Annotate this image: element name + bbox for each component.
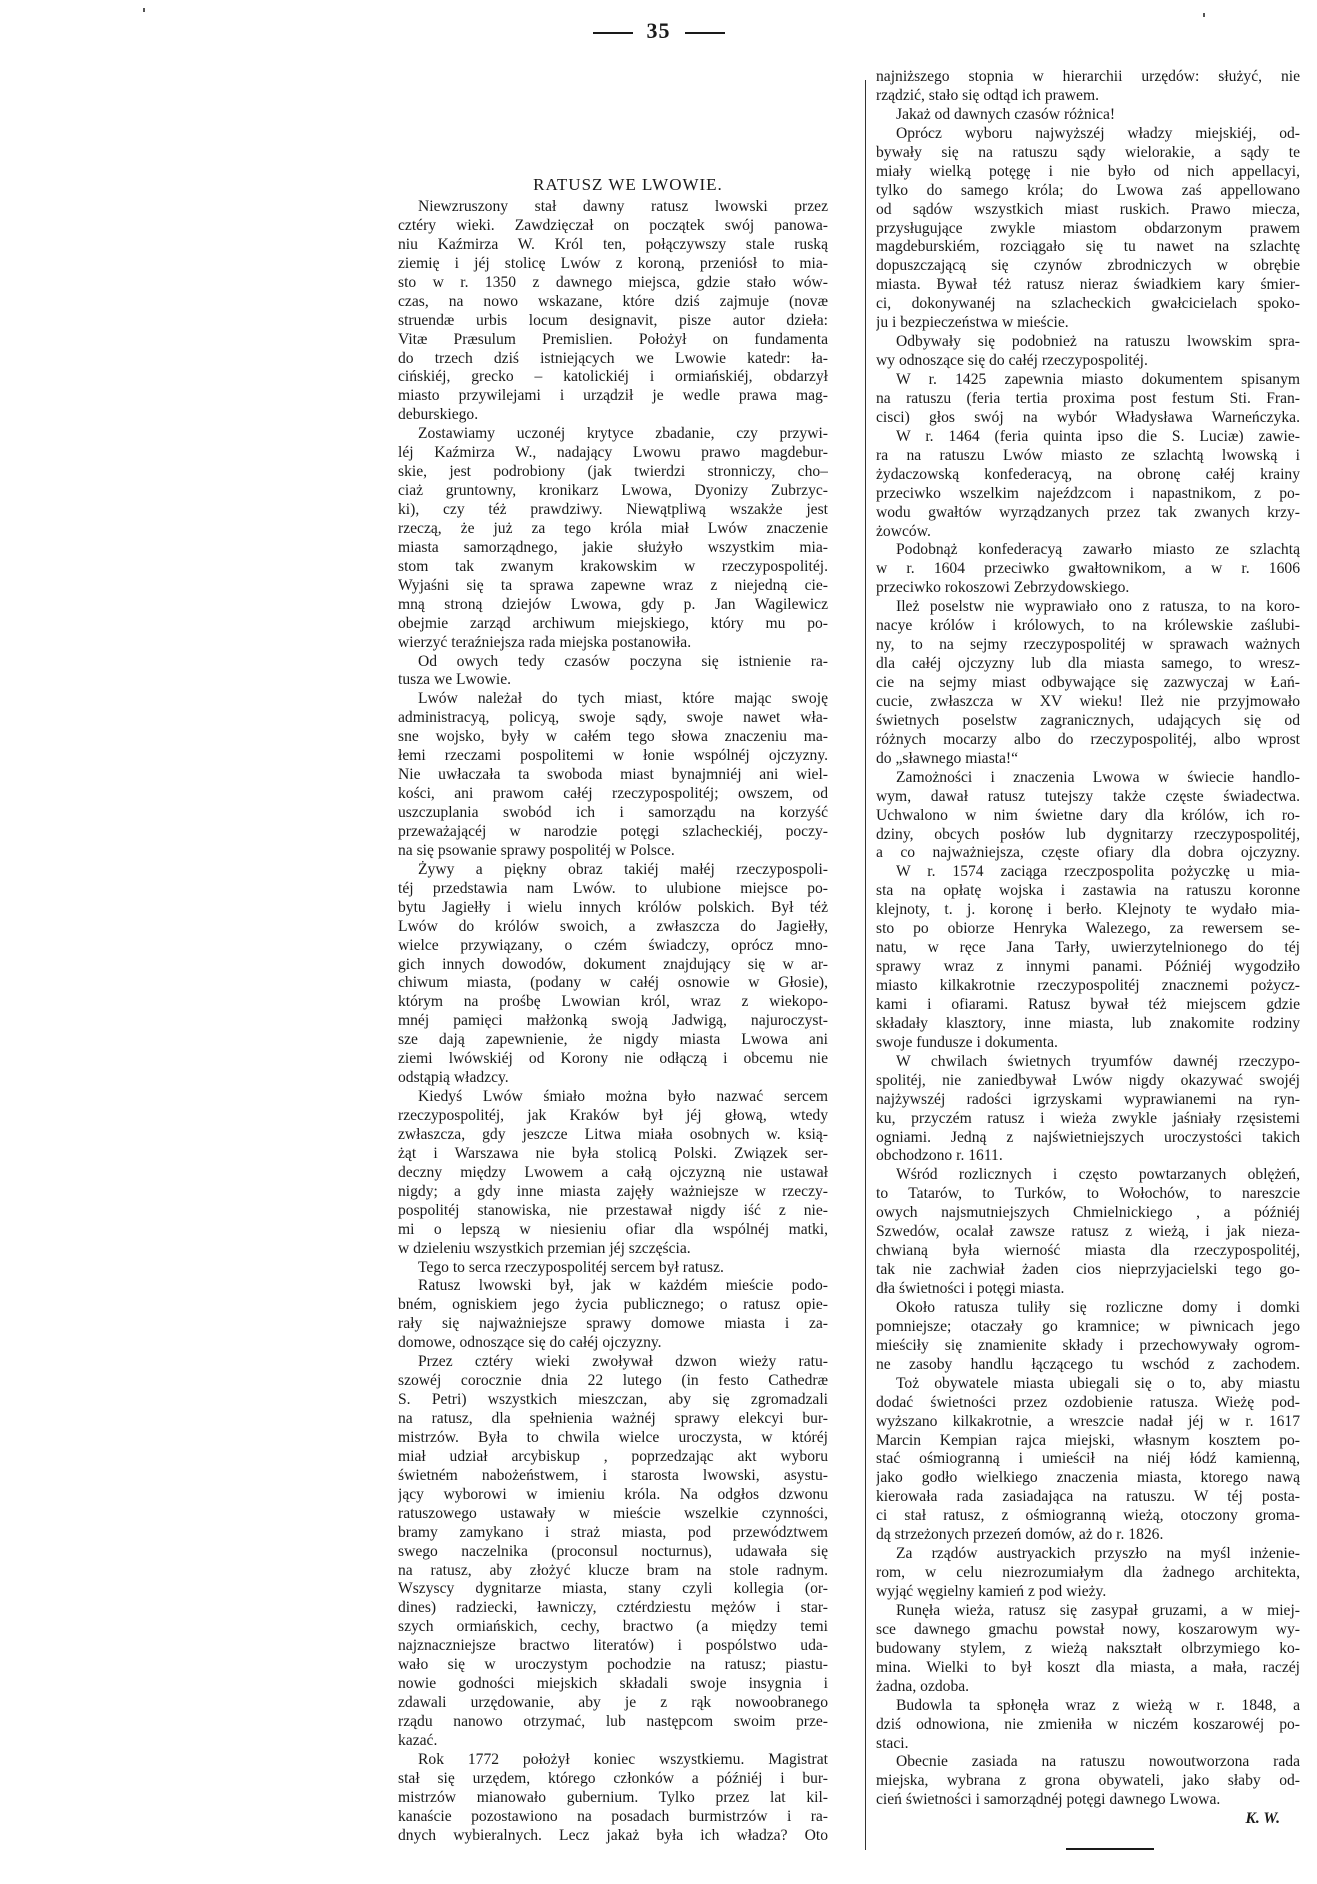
text-line: na ratuszu (feria tertia proxima post fe… xyxy=(876,390,1300,409)
text-line: żadna, ozdoba. xyxy=(876,1678,1300,1697)
text-line: rom, w celu niezrozumiałym dla żadnego a… xyxy=(876,1564,1300,1583)
text-line: na się psowanie sprawy pospolitéj w Pols… xyxy=(398,842,828,861)
text-line: dła świetności i potęgi miasta. xyxy=(876,1280,1300,1299)
text-line: świetném nabożeństwem, i starosta lwowsk… xyxy=(398,1467,828,1486)
text-line: Żywy a piękny obraz takiéj małéj rzeczyp… xyxy=(398,861,828,880)
text-line: rzeczypospolitéj, jak Kraków był jéj gło… xyxy=(398,1107,828,1126)
text-line: ki), czy téż prawdziwy. Niewątpliwą wsza… xyxy=(398,501,828,520)
text-line: przeciwko wszelkim najeźdzcom i napastni… xyxy=(876,485,1300,504)
text-line: sto w r. 1350 z dawnego miejsca, gdzie s… xyxy=(398,274,828,293)
text-line: cie na sejmy miast odbywające się zazwyc… xyxy=(876,674,1300,693)
text-line: zdawali urzędowanie, aby je z rąk nowoob… xyxy=(398,1694,828,1713)
text-line: najznaczniejsze bractwo literatów) i pos… xyxy=(398,1637,828,1656)
text-line: cisci) głos swój na wybór Władysława War… xyxy=(876,409,1300,428)
text-line: dines) radziecki, ławniczy, cztérdziestu… xyxy=(398,1599,828,1618)
text-line: wierzyć teraźniejsza rada miejska postan… xyxy=(398,634,828,653)
text-line: zwłaszcza, gdy jeszcze Litwa miała osobn… xyxy=(398,1126,828,1145)
text-line: Szwedów, ocalał zawsze ratusz z wieżą, i… xyxy=(876,1223,1300,1242)
text-line: sne wojsko, były w całém tego słowa znac… xyxy=(398,728,828,747)
text-line: bytu Jagiełły i wielu innych królów pols… xyxy=(398,899,828,918)
text-line: w r. 1604 przeciwko gwałtownikom, a w r.… xyxy=(876,560,1300,579)
text-line: swego naczelnika (proconsul nocturnus), … xyxy=(398,1543,828,1562)
text-line: tak nie zachwiał żaden cios nieprzyjacie… xyxy=(876,1261,1300,1280)
text-line: kierowała rada zasiadająca na ratuszu. W… xyxy=(876,1488,1300,1507)
article-title: RATUSZ WE LWOWIE. xyxy=(428,176,828,196)
text-line: stał się urzędem, którego członków a póź… xyxy=(398,1770,828,1789)
text-line: Obecnie zasiada na ratuszu nowoutworzona… xyxy=(876,1753,1300,1772)
text-line: do „sławnego miasta!“ xyxy=(876,750,1300,769)
text-line: dnych wybieralnych. Lecz jakaż była ich … xyxy=(398,1827,828,1846)
text-line: przeważającéj w narodzie potęgi szlachec… xyxy=(398,823,828,842)
text-line: ci stał ratusz, z ośmiogranną wieżą, oto… xyxy=(876,1507,1300,1526)
text-line: obejmie zarząd archiwum miejskiego, któr… xyxy=(398,615,828,634)
text-line: Przez cztéry wieki zwoływał dzwon wieży … xyxy=(398,1353,828,1372)
text-line: ne zasoby handlu łączącego tu wschód z z… xyxy=(876,1356,1300,1375)
text-line: ciaż gruntowny, kronikarz Lwowa, Dyonizy… xyxy=(398,482,828,501)
text-line: rzeczą, że już za tego króla miał Lwów z… xyxy=(398,520,828,539)
text-line: kami i ofiarami. Ratusz bywał téż miejsc… xyxy=(876,996,1300,1015)
text-line: mistrzów. Była to chwila wielce uroczyst… xyxy=(398,1429,828,1448)
text-line: stać ośmiogranną i umieścił na niéj łódź… xyxy=(876,1450,1300,1469)
text-line: cztéry wieki. Zawdzięczał on początek sw… xyxy=(398,217,828,236)
text-line: ku, przyczém ratusz i wieża zwykle jaśni… xyxy=(876,1110,1300,1129)
text-line: dziny, obcych posłów lub dygnitarzy rzec… xyxy=(876,826,1300,845)
text-line: kazać. xyxy=(398,1732,828,1751)
text-line: Rok 1772 położył koniec wszystkiemu. Mag… xyxy=(398,1751,828,1770)
text-line: na ratusz, aby złożyć klucze bram na sto… xyxy=(398,1562,828,1581)
text-line: którym na prośbę Lwowian król, wraz z wi… xyxy=(398,993,828,1012)
text-line: najżywszéj radości igrzyskami wyprawiane… xyxy=(876,1091,1300,1110)
text-line: dą strzeżonych przezeń domów, aż do r. 1… xyxy=(876,1526,1300,1545)
text-line: stom tak zwanym krakowskim w rzeczypospo… xyxy=(398,558,828,577)
text-line: ra na ratuszu Lwów miasto ze szlachtą lw… xyxy=(876,447,1300,466)
text-line: to Tatarów, to Turków, to Wołochów, to n… xyxy=(876,1185,1300,1204)
right-column: najniższego stopnia w hierarchii urzędów… xyxy=(876,68,1300,1850)
text-line: wym, dawał ratusz tutejszy także częste … xyxy=(876,788,1300,807)
text-line: ratuszowego ustawały w mieście wszelkie … xyxy=(398,1505,828,1524)
text-line: ziemię i jéj stolicę Lwów z koroną, prze… xyxy=(398,255,828,274)
text-line: Toż obywatele miasta ubiegali się o to, … xyxy=(876,1375,1300,1394)
text-line: Wszyscy dygnitarze miasta, stany czyli k… xyxy=(398,1580,828,1599)
text-line: nowie godności miejskich składali swoje … xyxy=(398,1675,828,1694)
text-line: mnéj pamięci małżonką swoją Jadwigą, naj… xyxy=(398,1012,828,1031)
text-line: Za rządów austryackich przyszło na myśl … xyxy=(876,1545,1300,1564)
text-line: natu, w ręce Jana Tarły, uwierzytelnione… xyxy=(876,939,1300,958)
page-number: 35 xyxy=(647,18,671,43)
text-line: nigdy; a gdy inne miasta zajęły ważniejs… xyxy=(398,1183,828,1202)
text-line: W r. 1425 zapewnia miasto dokumentem spi… xyxy=(876,371,1300,390)
text-line: spolitéj, nie zaniedbywał Lwów nigdy oka… xyxy=(876,1072,1300,1091)
text-line: budowany stylem, z wieżą nakształt olbrz… xyxy=(876,1640,1300,1659)
text-line: świetnych poselstw zagranicznych, udając… xyxy=(876,712,1300,731)
text-line: wy odnoszące się do całéj rzeczypospolit… xyxy=(876,352,1300,371)
text-line: Lwów do królów swoich, a zwłaszcza do Ja… xyxy=(398,918,828,937)
text-line: miały wielką potęgę i nie było od nich a… xyxy=(876,163,1300,182)
text-line: staci. xyxy=(876,1735,1300,1754)
text-line: obchodzono r. 1611. xyxy=(876,1147,1300,1166)
text-line: magdeburskiém, rozciągało się tu nawet n… xyxy=(876,238,1300,257)
text-line: gich innych dowodów, dokument znajdujący… xyxy=(398,956,828,975)
text-line: dla całéj ojczyzny lub dla miasta samego… xyxy=(876,655,1300,674)
text-line: mieściły się znamienite składy i przecho… xyxy=(876,1337,1300,1356)
text-line: miasto przywilejami i urządził je wedle … xyxy=(398,387,828,406)
text-line: miejska, wybrana z grona obywateli, jako… xyxy=(876,1772,1300,1791)
text-line: Około ratusza tuliły się rozliczne domy … xyxy=(876,1299,1300,1318)
text-line: Wyjaśni się ta sprawa zapewne wraz z nie… xyxy=(398,577,828,596)
text-line: miasto kilkakrotnie rzeczypospolitéj zna… xyxy=(876,977,1300,996)
text-line: rały się najważniejsze sprawy domowe mia… xyxy=(398,1315,828,1334)
text-line: miał udział arcybiskup , poprzedzając ak… xyxy=(398,1448,828,1467)
text-line: szowéj corocznie dnia 22 lutego (in fest… xyxy=(398,1372,828,1391)
text-line: wało się w uroczystym pochodzie na ratus… xyxy=(398,1656,828,1675)
text-line: dodać świetności przez ozdobienie ratusz… xyxy=(876,1394,1300,1413)
text-line: przysługujące zwykle miastom obdarzonym … xyxy=(876,220,1300,239)
left-column: RATUSZ WE LWOWIE. Niewzruszony stał dawn… xyxy=(398,176,828,1846)
right-column-text: najniższego stopnia w hierarchii urzędów… xyxy=(876,68,1300,1810)
text-line: W chwilach świetnych tryumfów dawnéj rze… xyxy=(876,1053,1300,1072)
text-line: Od owych tedy czasów poczyna się istnien… xyxy=(398,653,828,672)
text-line: deczny między Lwowem a całą ojczyzną nie… xyxy=(398,1164,828,1183)
text-line: bywały się na ratuszu sądy wielorakie, a… xyxy=(876,144,1300,163)
text-line: Ratusz lwowski był, jak w każdém mieście… xyxy=(398,1277,828,1296)
text-line: Podobnąż konfederacyą zawarło miasto ze … xyxy=(876,541,1300,560)
text-line: wodu gwałtów wyrządzanych przez tak zwan… xyxy=(876,504,1300,523)
text-line: Wśród rozlicznych i często powtarzanych … xyxy=(876,1166,1300,1185)
text-line: na ratusz, dla spełnienia ważnéj sprawy … xyxy=(398,1410,828,1429)
text-line: tylko do samego króla; do Lwowa zaś appe… xyxy=(876,182,1300,201)
text-line: cień świetności i samorządnéj potęgi daw… xyxy=(876,1791,1300,1810)
text-line: składały klasztory, inne miasta, lub zna… xyxy=(876,1015,1300,1034)
text-line: téj przedstawia nam Lwów. to ulubione mi… xyxy=(398,880,828,899)
text-line: Kiedyś Lwów śmiało można było nazwać ser… xyxy=(398,1088,828,1107)
text-line: żąt i Warszawa nie była stolicą Polski. … xyxy=(398,1145,828,1164)
text-line: sprawy wraz z innymi panami. Późniéj wyg… xyxy=(876,958,1300,977)
text-line: Vitæ Præsulum Premislien. Położył on fun… xyxy=(398,331,828,350)
text-line: bramy zamykano i straż miasta, pod przew… xyxy=(398,1524,828,1543)
text-line: Odbywały się podobnież na ratuszu lwowsk… xyxy=(876,333,1300,352)
text-line: W r. 1574 zaciąga rzeczpospolita pożyczk… xyxy=(876,863,1300,882)
text-line: Ileż poselstw nie wyprawiało ono z ratus… xyxy=(876,598,1300,617)
text-line: klejnoty, t. j. koronę i berło. Klejnoty… xyxy=(876,901,1300,920)
text-line: Uchwalono w nim świetne dary dla królów,… xyxy=(876,807,1300,826)
text-line: mina. Wielki to był koszt dla miasta, a … xyxy=(876,1659,1300,1678)
text-line: najniższego stopnia w hierarchii urzędów… xyxy=(876,68,1300,87)
text-line: ju i bezpieczeństwa w mieście. xyxy=(876,314,1300,333)
text-line: cucie, zwłaszcza w XV wieku! Ileż nie pr… xyxy=(876,693,1300,712)
text-line: Tego to serca rzeczypospolitéj sercem by… xyxy=(398,1259,828,1278)
text-line: mistrzów mianowało gubernium. Tylko prze… xyxy=(398,1789,828,1808)
text-line: wielce przywiązany, o czém świadczy, opr… xyxy=(398,937,828,956)
text-line: kanaście pozostawiono na posadach burmis… xyxy=(398,1808,828,1827)
text-line: domowe, odnoszące się do całéj ojczyzny. xyxy=(398,1334,828,1353)
text-line: ci, dokonywanéj na szlacheckich gwałcici… xyxy=(876,295,1300,314)
text-line: Jakaż od dawnych czasów różnica! xyxy=(876,106,1300,125)
text-line: różnych mocarzy albo do rzeczypospolitéj… xyxy=(876,731,1300,750)
text-line: Nie uwłaczała ta swoboda miast bynajmnié… xyxy=(398,766,828,785)
text-line: uszczuplania swobód ich i samorządu na k… xyxy=(398,804,828,823)
text-line: a co najważniejsza, częste ofiary dla do… xyxy=(876,844,1300,863)
text-line: ogniami. Jedną z najświetniejszych urocz… xyxy=(876,1129,1300,1148)
text-line: rządu nanowo otrzymać, lub następcom swo… xyxy=(398,1713,828,1732)
text-line: pospolitéj stanowiska, nie przestawał ni… xyxy=(398,1202,828,1221)
page-number-header: 35 xyxy=(0,18,1317,44)
text-line: cińskiéj, grecko – katolickiéj i ormiańs… xyxy=(398,368,828,387)
text-line: owych najsmutniejszych Chmielnickiego , … xyxy=(876,1204,1300,1223)
text-line: S. Petri) wszystkich mieszczan, aby się … xyxy=(398,1391,828,1410)
text-line: bném, ogniskiem jego życia publicznego; … xyxy=(398,1296,828,1315)
text-line: ny, to na sejmy rzeczypospolitéj w spraw… xyxy=(876,636,1300,655)
text-line: w dzieleniu wszystkich przemian jéj szcz… xyxy=(398,1240,828,1259)
text-line: W r. 1464 (feria quinta ipso die S. Luci… xyxy=(876,428,1300,447)
dash-right xyxy=(685,32,725,34)
end-rule xyxy=(1066,1848,1154,1850)
text-line: nacye królów i królowych, to na królewsk… xyxy=(876,617,1300,636)
text-line: dopuszczającą się czynów zbrodniczych w … xyxy=(876,257,1300,276)
text-line: ziemi lwówskiéj od Korony nie odłączą i … xyxy=(398,1050,828,1069)
text-line: czas, na nowo wskazane, które dziś zajmu… xyxy=(398,293,828,312)
scan-speck xyxy=(143,8,145,12)
scan-speck xyxy=(1203,13,1205,17)
text-line: Zamożności i znaczenia Lwowa w świecie h… xyxy=(876,769,1300,788)
text-line: wyższano kilkakrotnie, a wreszcie nadał … xyxy=(876,1413,1300,1432)
text-line: tusza we Lwowie. xyxy=(398,671,828,690)
text-line: Budowla ta spłonęła wraz z wieżą w r. 18… xyxy=(876,1697,1300,1716)
text-line: léj Kaźmirza W., nadający Lwowu prawo ma… xyxy=(398,444,828,463)
text-line: skie, jest podrobiony (jak twierdzi stro… xyxy=(398,463,828,482)
text-line: przeciwko rokoszowi Zebrzydowskiego. xyxy=(876,579,1300,598)
text-line: szych ormiańskich, cechy, bractwo (a mię… xyxy=(398,1618,828,1637)
text-line: kości, ani prawom całéj rzeczypospolitéj… xyxy=(398,785,828,804)
text-line: deburskiego. xyxy=(398,406,828,425)
text-line: mną stroną dziejów Lwowa, gdy p. Jan Wag… xyxy=(398,596,828,615)
text-line: Runęła wieża, ratusz się zasypał gruzami… xyxy=(876,1602,1300,1621)
text-line: sta na opłatę wojska i zastawia na ratus… xyxy=(876,882,1300,901)
text-line: odstąpią władzcy. xyxy=(398,1069,828,1088)
text-line: mi o lepszą w niesieniu ofiar dla wspóln… xyxy=(398,1221,828,1240)
text-line: Niewzruszony stał dawny ratusz lwowski p… xyxy=(398,198,828,217)
text-line: chwianą była wierność miasta dla rzeczyp… xyxy=(876,1242,1300,1261)
column-divider xyxy=(865,80,866,1850)
text-line: żydaczowską konfederacyą, na obronę całé… xyxy=(876,466,1300,485)
text-line: Marcin Kempian rajca miejski, własnym ko… xyxy=(876,1432,1300,1451)
text-line: jący wyborowi w imieniu króla. Na odgłos… xyxy=(398,1486,828,1505)
text-line: dziś odnowiona, nie zmieniła w niczém ko… xyxy=(876,1716,1300,1735)
text-line: rządzić, stało się odtąd ich prawem. xyxy=(876,87,1300,106)
text-line: łemi rzeczami pospolitemi w łonie wspóln… xyxy=(398,747,828,766)
text-line: jako godło wielkiego znaczenia miasta, k… xyxy=(876,1469,1300,1488)
text-line: miasta samorządnego, jakie służyło wszys… xyxy=(398,539,828,558)
text-line: pomniejsze; otaczały go kramnice; w piwn… xyxy=(876,1318,1300,1337)
text-line: chiwum miasta, (podany w całéj osnowie w… xyxy=(398,974,828,993)
text-line: sce dawnego gmachu powstał nowy, koszaro… xyxy=(876,1621,1300,1640)
dash-left xyxy=(593,32,633,34)
text-line: niu Kaźmirza W. Król ten, połączywszy st… xyxy=(398,236,828,255)
text-line: swoje fundusze i dokumenta. xyxy=(876,1034,1300,1053)
left-column-text: Niewzruszony stał dawny ratusz lwowski p… xyxy=(398,198,828,1846)
text-line: administracyą, policyą, swoje sądy, swoj… xyxy=(398,709,828,728)
text-line: miasta. Bywał téż ratusz nieraz świadkie… xyxy=(876,276,1300,295)
text-line: sze dają zapewnienie, że nigdy miasta Lw… xyxy=(398,1031,828,1050)
text-line: żowców. xyxy=(876,523,1300,542)
text-line: Lwów należał do tych miast, które mając … xyxy=(398,690,828,709)
text-line: do trzech dziś istniejących we Lwowie ka… xyxy=(398,350,828,369)
text-line: wyjąć węgielny kamień z pod wieży. xyxy=(876,1583,1300,1602)
text-line: sto po obiorze Henryka Walezego, za rewe… xyxy=(876,920,1300,939)
text-line: struendæ urbis locum designavit, pisze a… xyxy=(398,312,828,331)
text-line: Oprócz wyboru najwyższéj władzy miejskié… xyxy=(876,125,1300,144)
text-line: Zostawiamy uczonéj krytyce zbadanie, czy… xyxy=(398,425,828,444)
text-line: od sądów wszystkich miast ruskich. Prawo… xyxy=(876,201,1300,220)
author-signature: K. W. xyxy=(876,1810,1300,1830)
